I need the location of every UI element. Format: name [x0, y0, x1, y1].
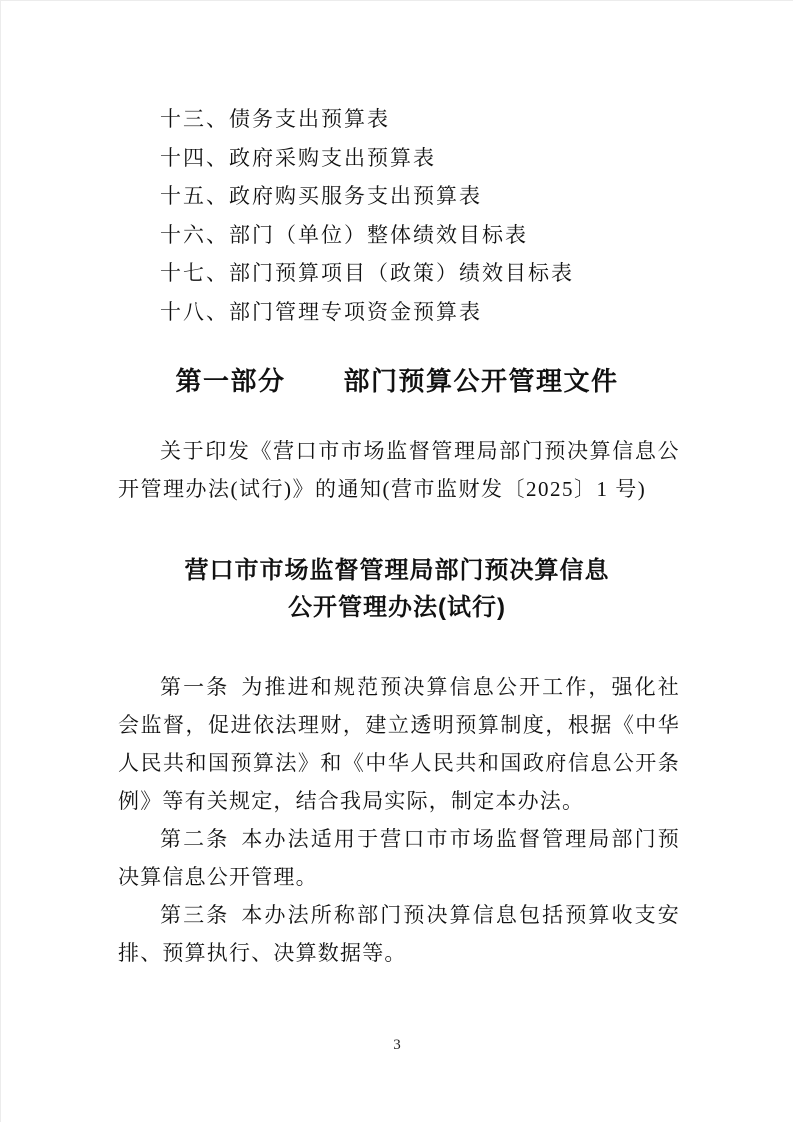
toc-item: 十三、债务支出预算表 — [160, 100, 680, 139]
document-title-line2: 公开管理办法(试行) — [1, 589, 793, 626]
section-heading-title: 部门预算公开管理文件 — [344, 366, 619, 396]
article-body: 第一条为推进和规范预决算信息公开工作，强化社会监督，促进依法理财，建立透明预算制… — [118, 668, 680, 972]
page-number: 3 — [1, 1037, 793, 1054]
article-2-label: 第二条 — [160, 827, 229, 851]
section-heading: 第一部分部门预算公开管理文件 — [1, 361, 793, 398]
toc-item: 十八、部门管理专项资金预算表 — [160, 293, 680, 332]
notice-paragraph: 关于印发《营口市市场监督管理局部门预决算信息公开管理办法(试行)》的通知(营市监… — [118, 432, 680, 508]
section-heading-part: 第一部分 — [175, 366, 285, 396]
article-1-label: 第一条 — [160, 675, 229, 699]
article-1: 第一条为推进和规范预决算信息公开工作，强化社会监督，促进依法理财，建立透明预算制… — [118, 668, 680, 820]
toc-item: 十七、部门预算项目（政策）绩效目标表 — [160, 254, 680, 293]
toc-item: 十五、政府购买服务支出预算表 — [160, 177, 680, 216]
document-title: 营口市市场监督管理局部门预决算信息 公开管理办法(试行) — [1, 552, 793, 626]
article-3: 第三条本办法所称部门预决算信息包括预算收支安排、预算执行、决算数据等。 — [118, 896, 680, 972]
toc-item: 十四、政府采购支出预算表 — [160, 139, 680, 178]
document-page: 十三、债务支出预算表 十四、政府采购支出预算表 十五、政府购买服务支出预算表 十… — [0, 0, 793, 1122]
toc-item: 十六、部门（单位）整体绩效目标表 — [160, 216, 680, 255]
article-2: 第二条本办法适用于营口市市场监督管理局部门预决算信息公开管理。 — [118, 820, 680, 896]
toc-list: 十三、债务支出预算表 十四、政府采购支出预算表 十五、政府购买服务支出预算表 十… — [160, 100, 680, 332]
article-3-label: 第三条 — [160, 903, 229, 927]
document-title-line1: 营口市市场监督管理局部门预决算信息 — [1, 552, 793, 589]
